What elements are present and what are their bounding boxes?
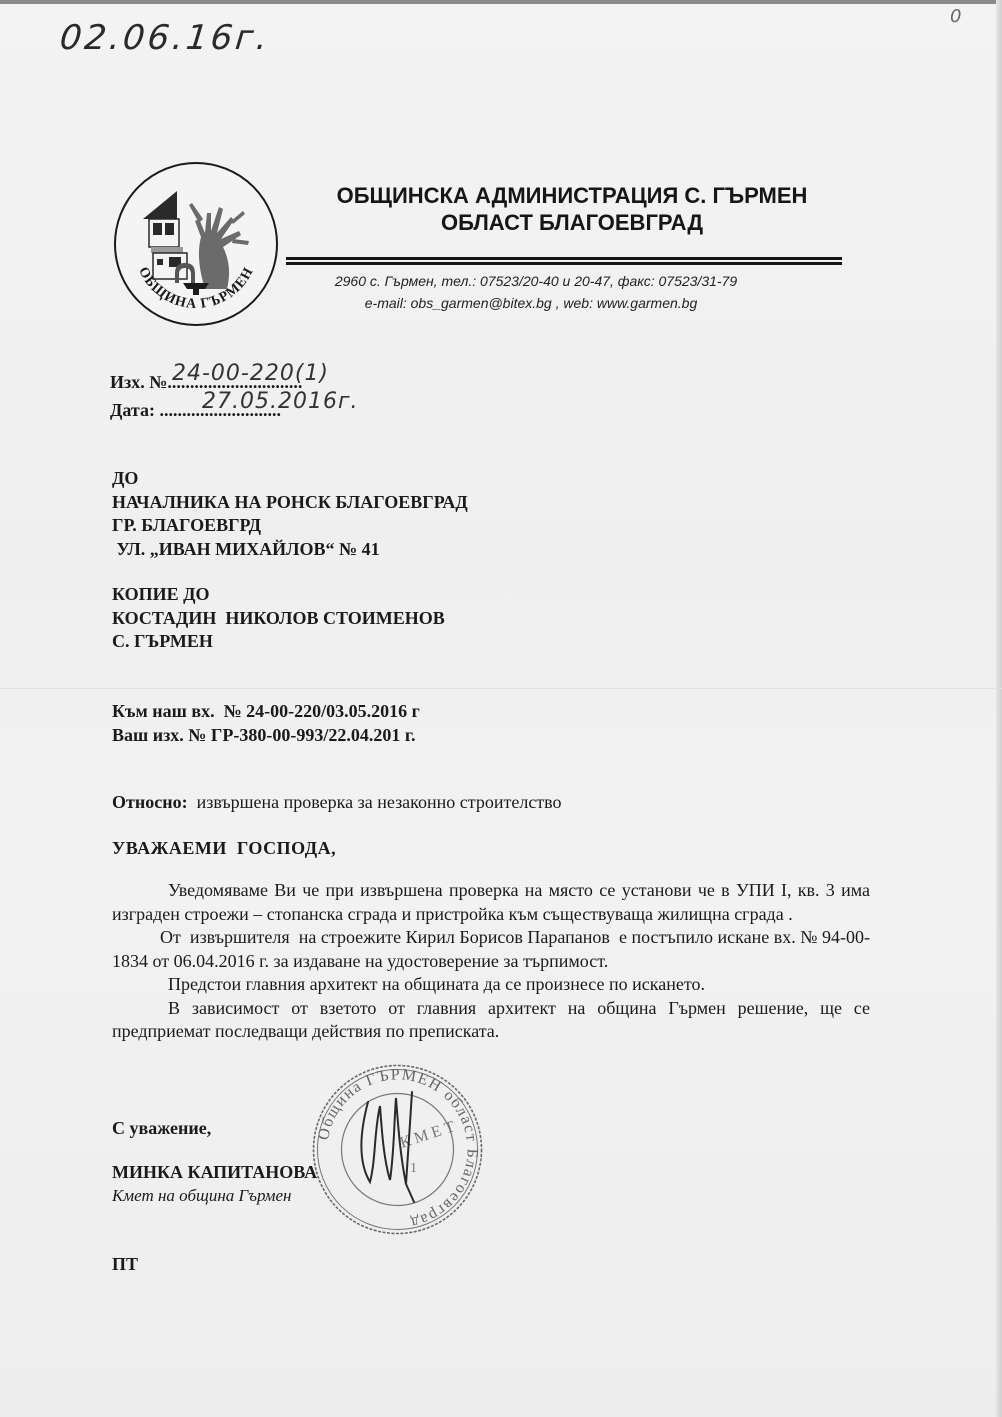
outgoing-date-row: Дата: ........................... 27.05.…	[110, 396, 302, 424]
outgoing-number-value: 24-00-220(1)	[172, 360, 329, 388]
organization-region: ОБЛАСТ БЛАГОЕВГРАД	[322, 209, 822, 236]
recipient-line: УЛ. „ИВАН МИХАЙЛОВ“ № 41	[112, 538, 468, 562]
closing-phrase: С уважение,	[112, 1118, 211, 1139]
contact-email-web: e-mail: obs_garmen@bitex.bg , web: www.g…	[306, 295, 756, 311]
outgoing-reference: Изх. №.............................. 24-…	[110, 368, 302, 424]
salutation: УВАЖАЕМИ ГОСПОДА,	[112, 838, 336, 859]
recipient-address: ДО НАЧАЛНИКА НА РОНСК БЛАГОЕВГРАД ГР. БЛ…	[112, 467, 468, 561]
body-paragraph: Предстои главния архитект на общината да…	[112, 973, 870, 997]
outgoing-date-label: Дата:	[110, 400, 155, 420]
contact-address-phone: 2960 с. Гърмен, тел.: 07523/20-40 и 20-4…	[296, 273, 776, 289]
handwritten-corner-mark: 0	[950, 6, 964, 27]
preparer-initials: ПТ	[112, 1254, 138, 1275]
organization-name: ОБЩИНСКА АДМИНИСТРАЦИЯ С. ГЪРМЕН	[322, 182, 822, 209]
copy-to-line: КОСТАДИН НИКОЛОВ СТОИМЕНОВ	[112, 607, 445, 631]
body-paragraph: Уведомяваме Ви че при извършена проверка…	[112, 879, 870, 926]
organization-title: ОБЩИНСКА АДМИНИСТРАЦИЯ С. ГЪРМЕН ОБЛАСТ …	[322, 182, 822, 236]
stamp-center-text: КМЕТ	[398, 1117, 461, 1152]
municipality-logo-icon: ОБЩИНА ГЪРМЕН	[113, 161, 279, 327]
recipient-line: ДО	[112, 467, 468, 491]
signer-name: МИНКА КАПИТАНОВА	[112, 1162, 317, 1183]
svg-text:Община ГЪРМЕН област Благоевгр: Община ГЪРМЕН област Благоевград	[315, 1066, 481, 1231]
header-rule-bottom	[286, 262, 842, 265]
stamp-ring-text: Община ГЪРМЕН област Благоевград	[315, 1066, 481, 1231]
letter-body: Уведомяваме Ви че при извършена проверка…	[112, 879, 870, 1044]
header-rule-top	[286, 257, 842, 260]
subject-label: Относно:	[112, 792, 188, 812]
signer-title: Кмет на община Гърмен	[112, 1186, 292, 1206]
subject-text: извършена проверка за незаконно строител…	[197, 792, 562, 812]
recipient-line: НАЧАЛНИКА НА РОНСК БЛАГОЕВГРАД	[112, 491, 468, 515]
our-incoming-reference: Към наш вх. № 24-00-220/03.05.2016 г	[112, 699, 420, 723]
official-stamp-icon: Община ГЪРМЕН област Благоевград КМЕТ 1	[310, 1062, 485, 1237]
scan-right-edge	[996, 0, 1002, 1417]
scan-top-edge	[0, 0, 1002, 4]
copy-to-line: КОПИЕ ДО	[112, 583, 445, 607]
paper-fold-line	[0, 688, 1002, 689]
body-paragraph: От извършителя на строежите Кирил Борисо…	[112, 926, 870, 973]
document-page: 02.06.16г. 0 ОБЩИНА ГЪР	[0, 0, 1002, 1417]
outgoing-number-label: Изх. №	[110, 372, 167, 392]
recipient-line: ГР. БЛАГОЕВГРД	[112, 514, 468, 538]
your-outgoing-reference: Ваш изх. № ГР-380-00-993/22.04.201 г.	[112, 723, 420, 747]
copy-to-line: С. ГЪРМЕН	[112, 630, 445, 654]
stamp-number: 1	[410, 1161, 417, 1176]
related-references: Към наш вх. № 24-00-220/03.05.2016 г Ваш…	[112, 699, 420, 747]
body-paragraph: В зависимост от взетото от главния архит…	[112, 997, 870, 1044]
outgoing-date-value: 27.05.2016г.	[202, 388, 359, 416]
copy-to-address: КОПИЕ ДО КОСТАДИН НИКОЛОВ СТОИМЕНОВ С. Г…	[112, 583, 445, 654]
subject-line: Относно: извършена проверка за незаконно…	[112, 792, 562, 813]
handwritten-received-date: 02.06.16г.	[58, 18, 272, 58]
